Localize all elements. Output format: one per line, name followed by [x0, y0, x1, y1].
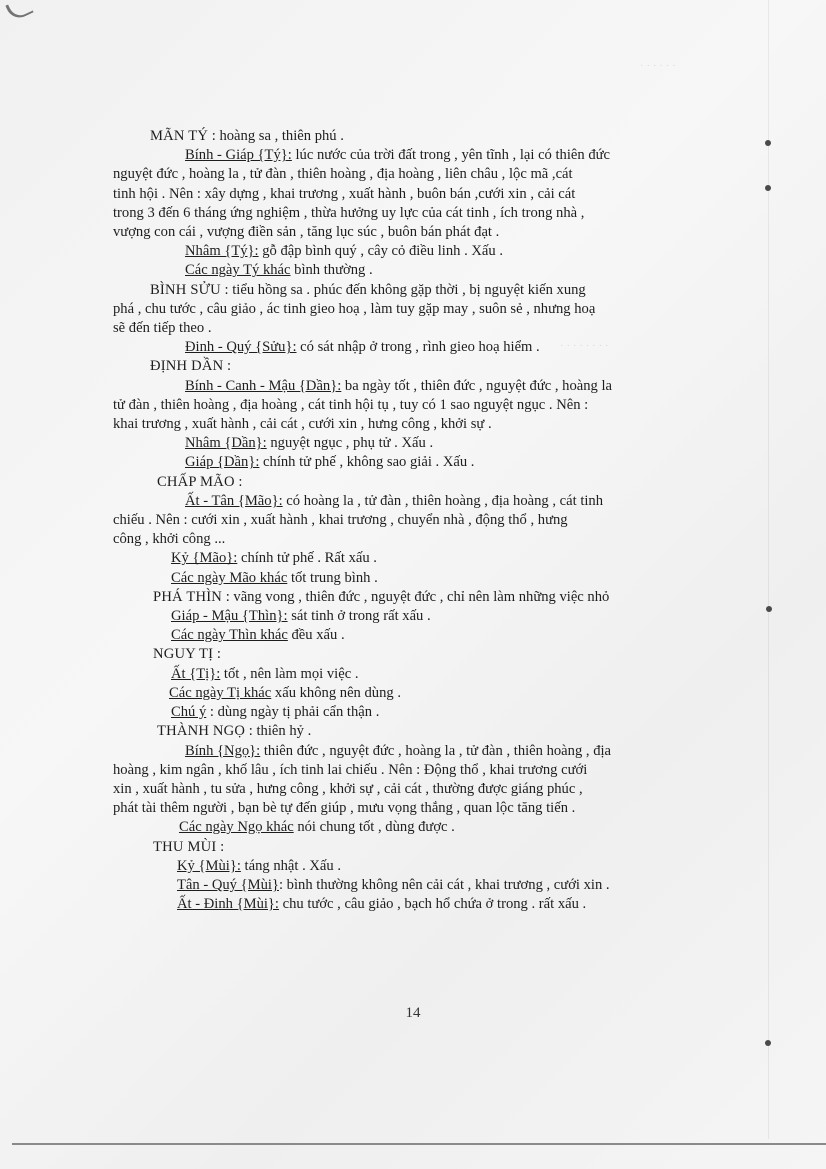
entry-line: Các ngày Thìn khác đều xấu .: [113, 626, 725, 645]
entry-line: Giáp {Dần}: chính tử phế , không sao giả…: [113, 453, 725, 472]
section-heading-binh-suu: BÌNH SỬU : tiểu hồng sa . phúc đến không…: [113, 281, 725, 300]
entry-line: Ất - Đinh {Mùi}: chu tước , câu giảo , b…: [113, 895, 725, 914]
section-heading-man-ty: MÃN TÝ : hoàng sa , thiên phú .: [113, 127, 725, 146]
binding-hole-dot: [765, 1040, 771, 1046]
body-line: xin , xuất hành , tu sửa , hưng công , k…: [113, 780, 725, 799]
body-line: hoàng , kim ngân , khố lâu , ích tinh la…: [113, 761, 725, 780]
entry-line: Kỷ {Mão}: chính tử phế . Rất xấu .: [113, 549, 725, 568]
entry-line: Giáp - Mậu {Thìn}: sát tinh ở trong rất …: [113, 607, 725, 626]
page-number: 14: [0, 1005, 826, 1022]
body-line: nguyệt đức , hoàng la , tử đàn , thiên h…: [113, 165, 725, 184]
entry-line: Tân - Quý {Mùi}: bình thường không nên c…: [113, 876, 725, 895]
entry-line: Các ngày Ngọ khác nói chung tốt , dùng đ…: [113, 818, 725, 837]
body-line: phá , chu tước , câu giảo , ác tinh gieo…: [113, 300, 725, 319]
body-line: khai trương , xuất hành , cải cát , cưới…: [113, 415, 725, 434]
body-line: trong 3 đến 6 tháng ứng nghiệm , thừa hư…: [113, 204, 725, 223]
entry-line: Đinh - Quý {Sửu}: có sát nhập ở trong , …: [113, 338, 725, 357]
corner-pen-mark: [5, 0, 33, 22]
binding-hole-dot: [766, 606, 772, 612]
scanned-page: · · · · · · · · · · · · · · MÃN TÝ : hoà…: [0, 0, 826, 1169]
page-fold-line: [768, 0, 769, 1139]
section-heading-chap-mao: CHẤP MÃO :: [113, 473, 725, 492]
entry-line: Các ngày Tị khác xấu không nên dùng .: [113, 684, 725, 703]
document-body: MÃN TÝ : hoàng sa , thiên phú . Bính - G…: [113, 127, 725, 914]
body-line: chiếu . Nên : cưới xin , xuất hành , kha…: [113, 511, 725, 530]
entry-line: Ất - Tân {Mão}: có hoàng la , tử đàn , t…: [113, 492, 725, 511]
bleed-through-text: · · · · · ·: [640, 60, 676, 72]
section-heading-dinh-dan: ĐỊNH DẦN :: [113, 357, 725, 376]
section-heading-thu-mui: THU MÙI :: [113, 838, 725, 857]
body-line: tử đàn , thiên hoàng , địa hoàng , cát t…: [113, 396, 725, 415]
body-line: sẽ đến tiếp theo .: [113, 319, 725, 338]
entry-line: Ất {Tị}: tốt , nên làm mọi việc .: [113, 665, 725, 684]
binding-hole-dot: [765, 140, 771, 146]
body-line: vượng con cái , vượng điền sản , tăng lụ…: [113, 223, 725, 242]
body-line: phát tài thêm người , bạn bè tự đến giúp…: [113, 799, 725, 818]
section-heading-nguy-ti: NGUY TỊ :: [113, 645, 725, 664]
entry-line: Nhâm {Tý}: gỗ đập bình quý , cây cỏ điều…: [113, 242, 725, 261]
entry-line: Bính {Ngọ}: thiên đức , nguyệt đức , hoà…: [113, 742, 725, 761]
entry-line: Nhâm {Dần}: nguyệt ngục , phụ tử . Xấu .: [113, 434, 725, 453]
entry-line: Các ngày Tý khác bình thường .: [113, 261, 725, 280]
entry-line: Bính - Canh - Mậu {Dần}: ba ngày tốt , t…: [113, 377, 725, 396]
entry-line: Kỷ {Mùi}: táng nhật . Xấu .: [113, 857, 725, 876]
page-bottom-edge: [12, 1143, 826, 1145]
section-heading-pha-thin: PHÁ THÌN : vãng vong , thiên đức , nguyệ…: [113, 588, 725, 607]
body-line: tinh hội . Nên : xây dựng , khai trương …: [113, 185, 725, 204]
body-line: công , khởi công ...: [113, 530, 725, 549]
binding-hole-dot: [765, 185, 771, 191]
entry-line: Chú ý : dùng ngày tị phải cẩn thận .: [113, 703, 725, 722]
section-heading-thanh-ngo: THÀNH NGỌ : thiên hỷ .: [113, 722, 725, 741]
entry-line: Bính - Giáp {Tý}: lúc nước của trời đất …: [113, 146, 725, 165]
entry-line: Các ngày Mão khác tốt trung bình .: [113, 569, 725, 588]
